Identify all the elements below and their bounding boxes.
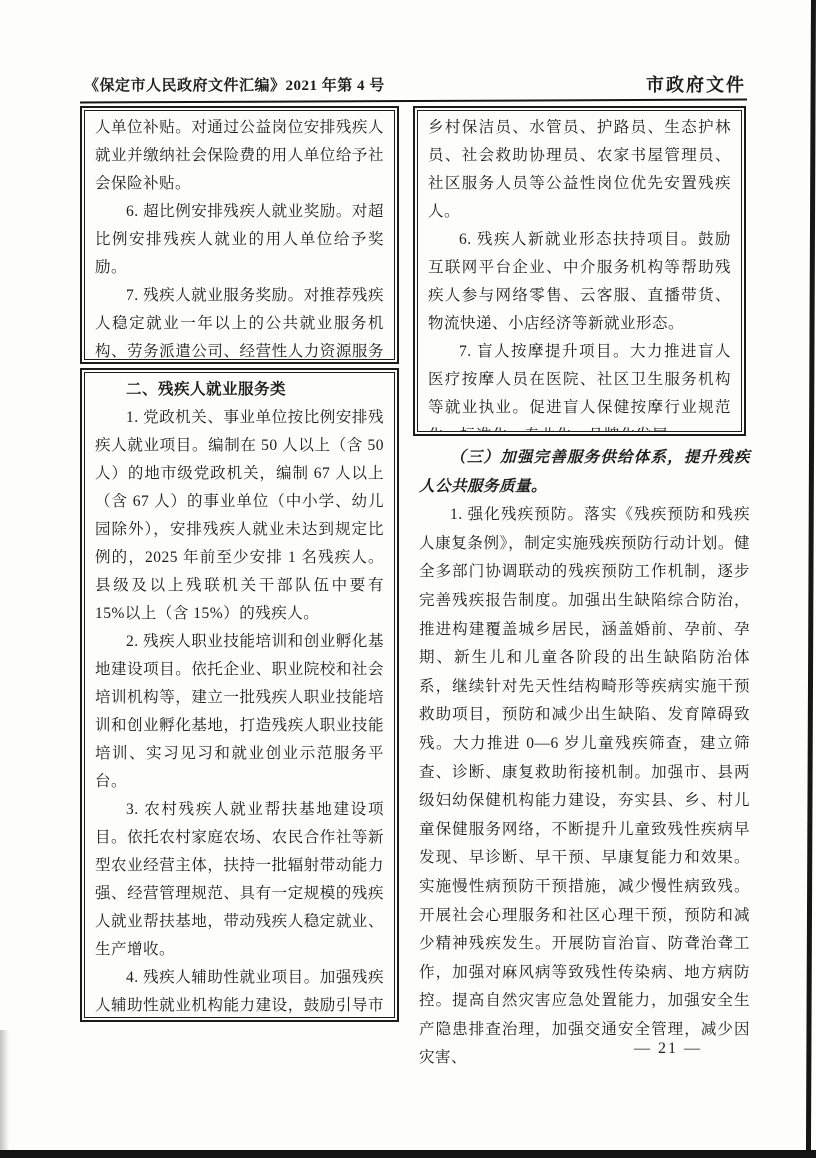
paragraph-item-2: 2. 残疾人职业技能培训和创业孵化基地建设项目。依托企业、职业院校和社会培训机构…	[95, 628, 384, 796]
left-main-box: 二、残疾人就业服务类 1. 党政机关、事业单位按比例安排残疾人就业项目。编制在 …	[80, 368, 399, 1022]
page-number: — 21 —	[634, 1040, 702, 1058]
paragraph-continuation: 人单位补贴。对通过公益岗位安排残疾人就业并缴纳社会保险费的用人单位给予社会保险补…	[95, 114, 384, 198]
paragraph-continuation: 乡村保洁员、水管员、护路员、生态护林员、社会救助协理员、农家书屋管理员、社区服务…	[428, 114, 731, 226]
paragraph-item-7: 7. 残疾人就业服务奖励。对推荐残疾人稳定就业一年以上的公共就业服务机构、劳务派…	[95, 282, 384, 360]
left-top-box-inner: 人单位补贴。对通过公益岗位安排残疾人就业并缴纳社会保险费的用人单位给予社会保险补…	[84, 110, 395, 360]
paragraph-prevention: 1. 强化残疾预防。落实《残疾预防和残疾人康复条例》，制定实施残疾预防行动计划。…	[419, 501, 750, 1073]
scan-edge-bottom	[0, 1150, 816, 1158]
paragraph-item-3: 3. 农村残疾人就业帮扶基地建设项目。依托农村家庭农场、农民合作社等新型农业经营…	[95, 796, 384, 964]
header-rule	[80, 99, 747, 104]
paragraph-item-4: 4. 残疾人辅助性就业项目。加强残疾人辅助性就业机构能力建设，鼓励引导市场主体和…	[95, 964, 384, 1018]
doc-category-label: 市政府文件	[646, 71, 746, 97]
subsection-heading: （三）加强完善服务供给体系，提升残疾人公共服务质量。	[419, 444, 750, 501]
right-top-box: 乡村保洁员、水管员、护路员、生态护林员、社会救助协理员、农家书屋管理员、社区服务…	[413, 106, 746, 436]
right-column-body: （三）加强完善服务供给体系，提升残疾人公共服务质量。 1. 强化残疾预防。落实《…	[419, 444, 750, 1073]
left-top-box: 人单位补贴。对通过公益岗位安排残疾人就业并缴纳社会保险费的用人单位给予社会保险补…	[80, 106, 399, 364]
right-top-box-inner: 乡村保洁员、水管员、护路员、生态护林员、社会救助协理员、农家书屋管理员、社区服务…	[417, 110, 742, 432]
left-main-box-inner: 二、残疾人就业服务类 1. 党政机关、事业单位按比例安排残疾人就业项目。编制在 …	[84, 372, 395, 1018]
paragraph-item-6: 6. 残疾人新就业形态扶持项目。鼓励互联网平台企业、中介服务机构等帮助残疾人参与…	[428, 226, 731, 338]
scanned-document-page: 《保定市人民政府文件汇编》2021 年第 4 号 市政府文件 人单位补贴。对通过…	[0, 0, 816, 1158]
journal-title: 《保定市人民政府文件汇编》2021 年第 4 号	[84, 74, 385, 95]
paragraph-item-7: 7. 盲人按摩提升项目。大力推进盲人医疗按摩人员在医院、社区卫生服务机构等就业执…	[428, 338, 731, 432]
scan-edge-right	[806, 0, 816, 1158]
section-heading: 二、残疾人就业服务类	[95, 376, 384, 404]
scan-smudge-left	[0, 1030, 9, 1150]
paragraph-item-1: 1. 党政机关、事业单位按比例安排残疾人就业项目。编制在 50 人以上（含 50…	[95, 404, 384, 628]
paragraph-item-6: 6. 超比例安排残疾人就业奖励。对超比例安排残疾人就业的用人单位给予奖励。	[95, 198, 384, 282]
